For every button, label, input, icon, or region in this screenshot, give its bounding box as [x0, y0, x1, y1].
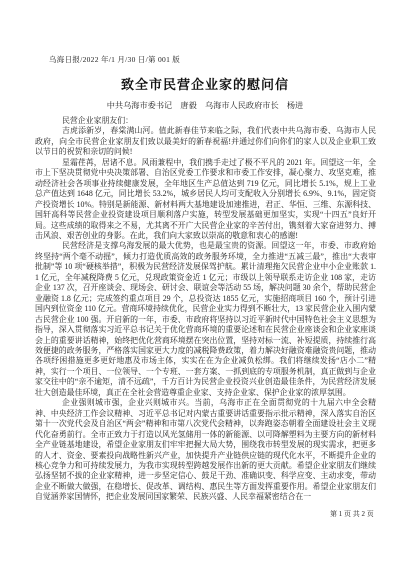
article-body: 民营企业家朋友们： 吉虎添新岁，春棠满山河。值此新春佳节来临之际，我们代表中共乌…	[35, 116, 376, 503]
document-page: 乌海日报/2022 年/1 月/30 日/第 001 版 致全市民营企业家的慰问…	[0, 0, 410, 580]
newspaper-meta-line: 乌海日报/2022 年/1 月/30 日/第 001 版	[49, 54, 180, 65]
salutation: 民营企业家朋友们：	[35, 116, 376, 126]
paragraph-2021-review: 星霜荏苒，居诸不息。风雨兼程中，我们携手走过了极不平凡的 2021 年。回望这一…	[35, 158, 376, 242]
paragraph-outlook: 企业强则城市强，企业兴则城市兴。当前，乌海市正在全面贯彻党的十九届六中全会精神、…	[35, 398, 376, 503]
article-byline: 中共乌海市委书记 唐毅 乌海市人民政府市长 杨进	[0, 100, 410, 111]
paragraph-business-environment: 民营经济是支撑乌海发展的最大优势，也是最宝贵的资源。回望这一年，市委、市政府始终…	[35, 241, 376, 398]
article-title: 致全市民营企业家的慰问信	[0, 74, 410, 93]
page-number-footer: 第 1 页 共 2 页	[330, 509, 374, 519]
paragraph-greeting: 吉虎添新岁，春棠满山河。值此新春佳节来临之际，我们代表中共乌海市委、乌海市人民政…	[35, 126, 376, 157]
